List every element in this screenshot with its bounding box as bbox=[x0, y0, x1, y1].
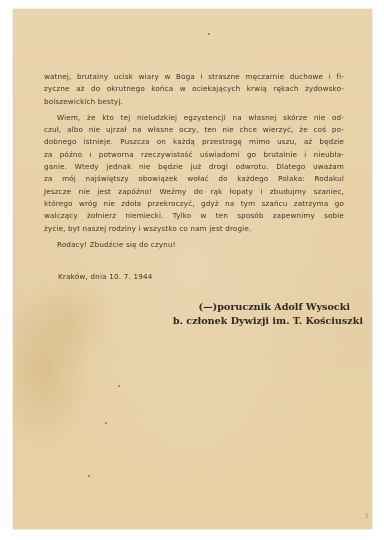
paragraph-2: Wiem, że kto tej nieludzkiej egzystencji… bbox=[44, 112, 344, 235]
signature-block: (—)porucznik Adolf Wysocki b. członek Dy… bbox=[163, 301, 363, 329]
text-line: Jeszcze nie jest zapóźno! Weźmy do rąk ł… bbox=[44, 186, 344, 198]
text-line: dobnego istnieje. Puszcza on każdą przes… bbox=[44, 136, 344, 148]
document-page: watnej, brutalny ucisk wiary w Boga i st… bbox=[13, 9, 372, 529]
text-line: Wiem, że kto tej nieludzkiej egzystencji… bbox=[44, 112, 344, 124]
text-line: za późno i potworna rzeczywistość uświad… bbox=[44, 149, 344, 161]
text-line: którego wróg nie zdoła przekroczyć, gdyż… bbox=[44, 198, 344, 210]
paper-speck bbox=[118, 385, 120, 387]
signature-name: (—)porucznik Adolf Wysocki bbox=[163, 301, 363, 315]
text-line: zyczne aż do okrutnego końca w ociekając… bbox=[44, 83, 344, 95]
text-line: czuł, albo nie ujrzał na własne oczy, te… bbox=[44, 124, 344, 136]
date-line: Kraków, dnia 10. 7. 1944 bbox=[58, 272, 153, 281]
text-line: bolszewickich bestyj. bbox=[44, 96, 344, 108]
closing-exclamation: Rodacy! Zbudźcie się do czynu! bbox=[44, 239, 344, 251]
body-text: watnej, brutalny ucisk wiary w Boga i st… bbox=[44, 71, 344, 251]
paper-speck bbox=[208, 33, 210, 35]
page-number: 3 bbox=[364, 512, 368, 520]
paper-speck bbox=[88, 475, 90, 477]
signature-title: b. członek Dywizji im. T. Kościuszki bbox=[163, 315, 363, 329]
text-line: za mój najświętszy obowiązek wołać do ka… bbox=[44, 173, 344, 185]
text-line: walczący żołnierz niemiecki. Tylko w ten… bbox=[44, 210, 344, 222]
text-line: życie, byt naszej rodziny i wszystko co … bbox=[44, 223, 344, 235]
text-line: ganie. Wtedy jednak nie będzie już drogi… bbox=[44, 161, 344, 173]
paragraph-1: watnej, brutalny ucisk wiary w Boga i st… bbox=[44, 71, 344, 108]
text-line: watnej, brutalny ucisk wiary w Boga i st… bbox=[44, 71, 344, 83]
paper-speck bbox=[105, 422, 107, 424]
